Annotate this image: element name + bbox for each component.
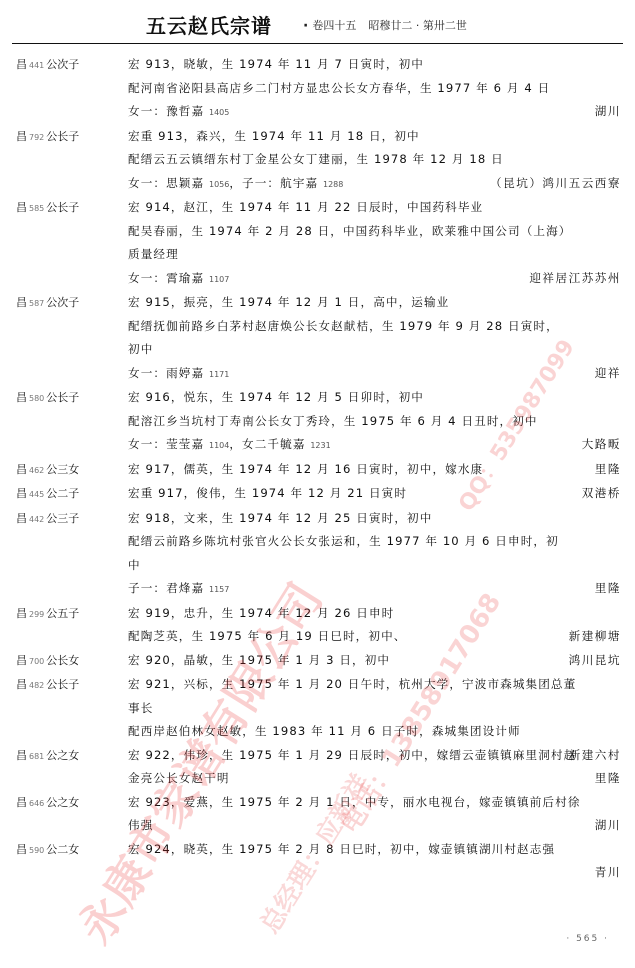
entry-line: 宏 920，晶敏，生 1975 年 1 月 3 日，初中鸿川昆坑	[128, 649, 621, 673]
entry-relation: 公长子	[46, 201, 79, 214]
entry-relation: 公长子	[46, 391, 79, 404]
entry-prefix: 昌	[16, 487, 27, 500]
entry-relation: 公五子	[46, 607, 79, 620]
entry-line: 宏 916，悦东，生 1974 年 12 月 5 日卯时，初中	[128, 386, 621, 410]
entry-parent-ref: 昌646公之女	[0, 791, 128, 838]
entry-parent-number: 580	[29, 394, 44, 403]
entry-parent-ref: 昌585公长子	[0, 196, 128, 291]
entry-ref-number: 1405	[209, 108, 229, 117]
entry-generation-char: 嘉	[191, 104, 204, 118]
entry-prefix: 昌	[16, 391, 27, 404]
entry-line: 宏 915，振亮，生 1974 年 12 月 1 日，高中，运输业	[128, 291, 621, 315]
entry-text: 女一：雨婷	[128, 366, 191, 380]
entry-body: 宏 917，儒英，生 1974 年 12 月 16 日寅时，初中，嫁水康里隆	[128, 458, 635, 483]
entry-residence: 鸿川昆坑	[569, 649, 621, 673]
entry-line: 配缙抚伽前路乡白茅村赵唐焕公长女赵献桔，生 1979 年 9 月 28 日寅时，	[128, 315, 621, 339]
entry-residence: 里隆	[595, 577, 621, 601]
entry-residence: 里隆	[595, 458, 621, 482]
entry-parent-ref: 昌442公三子	[0, 507, 128, 602]
entry-line: 配陶芝英，生 1975 年 6 月 19 日巳时，初中、新建柳塘	[128, 625, 621, 649]
entry-text: 女一：霄瑜	[128, 271, 191, 285]
entry-generation-char: 嘉	[191, 271, 204, 285]
entry-relation: 公之女	[46, 749, 79, 762]
entry-text: 配溶江乡当坑村丁寿南公长女丁秀玲，生 1975 年 6 月 4 日丑时，初中	[128, 414, 538, 428]
entry-line: 宏重 917，俊伟，生 1974 年 12 月 21 日寅时双港桥	[128, 482, 621, 506]
entry-relation: 公三子	[46, 512, 79, 525]
entry-text: 宏 917，儒英，生 1974 年 12 月 16 日寅时，初中，嫁水康	[128, 462, 483, 476]
entry-prefix: 昌	[16, 463, 27, 476]
entry-generation-char: 嘉	[191, 176, 204, 190]
entry-body: 宏 918，文来，生 1974 年 12 月 25 日寅时，初中配缙云前路乡陈坑…	[128, 507, 635, 602]
entry-text: 配缙云前路乡陈坑村张官火公长女张运和，生 1977 年 10 月 6 日申时，初	[128, 534, 559, 548]
entry-line: 质量经理	[128, 243, 621, 267]
entry-text: 配缙抚伽前路乡白茅村赵唐焕公长女赵献桔，生 1979 年 9 月 28 日寅时，	[128, 319, 559, 333]
entry-text: 宏 913，晓敏，生 1974 年 11 月 7 日寅时，初中	[128, 57, 424, 71]
entry-text: 宏 915，振亮，生 1974 年 12 月 1 日，高中，运输业	[128, 295, 449, 309]
entry-text: 宏重 917，俊伟，生 1974 年 12 月 21 日寅时	[128, 486, 407, 500]
entry-text: 金亮公长女赵干明	[128, 771, 230, 785]
entry-body: 宏重 913，森兴，生 1974 年 11 月 18 日，初中配缙云五云镇缙东村…	[128, 125, 635, 197]
entry-line: 事长	[128, 697, 621, 721]
entry-text: 质量经理	[128, 247, 179, 261]
page-number-value: 565	[576, 934, 599, 944]
separator-dot-2: ·	[412, 19, 423, 32]
entry-text: 配陶芝英，生 1975 年 6 月 19 日巳时，初中、	[128, 629, 406, 643]
genealogy-entry: 昌646公之女宏 923，爱燕，生 1975 年 2 月 1 日，中专，丽水电视…	[0, 791, 635, 838]
entry-line: 金亮公长女赵干明里隆	[128, 767, 621, 791]
entry-parent-number: 441	[29, 61, 44, 70]
entry-text: 宏 916，悦东，生 1974 年 12 月 5 日卯时，初中	[128, 390, 424, 404]
header-subtitle: ·卷四十五昭穆廿二 · 第卅二世	[303, 17, 467, 33]
entry-text: 事长	[128, 701, 153, 715]
entry-line: 子一：君烽嘉 1157里隆	[128, 577, 621, 602]
genealogy-entry: 昌681公之女宏 922，伟珍，生 1975 年 1 月 29 日辰时，初中，嫁…	[0, 744, 635, 791]
entry-generation-char: 嘉	[191, 366, 204, 380]
entry-text-tail: ，子一：航宇嘉	[229, 176, 318, 190]
page-header: 五云赵氏宗谱 ·卷四十五昭穆廿二 · 第卅二世	[0, 0, 635, 42]
entry-line: 配吴春丽，生 1974 年 2 月 28 日，中国药科毕业，欧莱雅中国公司（上海…	[128, 220, 621, 244]
entry-body: 宏重 917，俊伟，生 1974 年 12 月 21 日寅时双港桥	[128, 482, 635, 507]
entry-text: 宏 918，文来，生 1974 年 12 月 25 日寅时，初中	[128, 511, 432, 525]
entry-text: 女一：思颖	[128, 176, 191, 190]
entry-parent-number: 681	[29, 752, 44, 761]
entry-residence: 新建柳塘	[569, 625, 621, 649]
entry-prefix: 昌	[16, 58, 27, 71]
entry-prefix: 昌	[16, 296, 27, 309]
entry-line: 宏 919，忠升，生 1974 年 12 月 26 日申时	[128, 602, 621, 626]
entry-body: 宏 915，振亮，生 1974 年 12 月 1 日，高中，运输业配缙抚伽前路乡…	[128, 291, 635, 386]
entry-text: 配西岸赵伯林女赵敏，生 1983 年 11 月 6 日子时，森城集团设计师	[128, 724, 521, 738]
entry-residence: 青川	[595, 861, 621, 885]
entry-prefix: 昌	[16, 654, 27, 667]
entry-parent-number: 646	[29, 799, 44, 808]
entry-parent-number: 445	[29, 490, 44, 499]
entry-text: 女一：豫哲	[128, 104, 191, 118]
genealogy-entry: 昌587公次子宏 915，振亮，生 1974 年 12 月 1 日，高中，运输业…	[0, 291, 635, 386]
entry-prefix: 昌	[16, 130, 27, 143]
entry-text: 宏 919，忠升，生 1974 年 12 月 26 日申时	[128, 606, 394, 620]
entry-residence: 湖川	[595, 814, 621, 838]
entry-line: 初中	[128, 338, 621, 362]
entry-parent-ref: 昌590公二女	[0, 838, 128, 863]
entry-parent-ref: 昌681公之女	[0, 744, 128, 791]
entry-line: 宏 913，晓敏，生 1974 年 11 月 7 日寅时，初中	[128, 53, 621, 77]
entry-parent-number: 792	[29, 133, 44, 142]
entry-line: 配缙云前路乡陈坑村张官火公长女张运和，生 1977 年 10 月 6 日申时，初	[128, 530, 621, 554]
entry-relation: 公之女	[46, 796, 79, 809]
genealogy-entry: 昌299公五子宏 919，忠升，生 1974 年 12 月 26 日申时配陶芝英…	[0, 602, 635, 649]
entry-text: 宏 920，晶敏，生 1975 年 1 月 3 日，初中	[128, 653, 390, 667]
entry-relation: 公长子	[46, 678, 79, 691]
entry-line: 配西岸赵伯林女赵敏，生 1983 年 11 月 6 日子时，森城集团设计师	[128, 720, 621, 744]
entry-ref-number: 1171	[209, 370, 229, 379]
entry-text: 宏 921，兴标，生 1975 年 1 月 20 日午时，杭州大学，宁波市森城集…	[128, 677, 576, 691]
entry-parent-ref: 昌462公三女	[0, 458, 128, 483]
entry-relation: 公长子	[46, 130, 79, 143]
entry-parent-ref: 昌445公二子	[0, 482, 128, 507]
entry-residence: 迎祥居江苏苏州	[529, 267, 621, 291]
entry-text: 宏 922，伟珍，生 1975 年 1 月 29 日辰时，初中，嫁缙云壶镇镇麻里…	[128, 748, 576, 762]
entry-relation: 公次子	[46, 58, 79, 71]
entry-parent-ref: 昌700公长女	[0, 649, 128, 674]
genealogy-entry: 昌462公三女宏 917，儒英，生 1974 年 12 月 16 日寅时，初中，…	[0, 458, 635, 483]
entry-relation: 公三女	[46, 463, 79, 476]
genealogy-entries: 昌441公次子宏 913，晓敏，生 1974 年 11 月 7 日寅时，初中配河…	[0, 53, 635, 862]
entry-body: 宏 921，兴标，生 1975 年 1 月 20 日午时，杭州大学，宁波市森城集…	[128, 673, 635, 744]
entry-line: 宏 921，兴标，生 1975 年 1 月 20 日午时，杭州大学，宁波市森城集…	[128, 673, 621, 697]
entry-body: 宏 913，晓敏，生 1974 年 11 月 7 日寅时，初中配河南省泌阳县高店…	[128, 53, 635, 125]
entry-residence: 大路畈	[582, 433, 621, 457]
entry-body: 宏 924，晓英，生 1975 年 2 月 8 日巳时，初中，嫁壶镇镇湖川村赵志…	[128, 838, 635, 863]
entry-text: 女一：莹莹	[128, 437, 191, 451]
entry-prefix: 昌	[16, 607, 27, 620]
entry-line: 女一：思颖嘉 1056，子一：航宇嘉 1288（昆坑）鸿川五云西寮	[128, 172, 621, 197]
entry-parent-number: 442	[29, 515, 44, 524]
entry-ref-number-2: 1231	[310, 441, 330, 450]
genealogy-entry: 昌442公三子宏 918，文来，生 1974 年 12 月 25 日寅时，初中配…	[0, 507, 635, 602]
genealogy-entry: 昌700公长女宏 920，晶敏，生 1975 年 1 月 3 日，初中鸿川昆坑	[0, 649, 635, 674]
entry-text: 宏 923，爱燕，生 1975 年 2 月 1 日，中专，丽水电视台，嫁壶镇镇前…	[128, 795, 581, 809]
entry-residence: 双港桥	[582, 482, 621, 506]
entry-residence: 迎祥	[595, 362, 621, 386]
entry-body: 宏 919，忠升，生 1974 年 12 月 26 日申时配陶芝英，生 1975…	[128, 602, 635, 649]
generation-label: 第卅二世	[423, 19, 467, 32]
entry-ref-number: 1157	[209, 585, 229, 594]
entry-relation: 公长女	[46, 654, 79, 667]
entry-parent-number: 482	[29, 681, 44, 690]
entry-line: 宏重 913，森兴，生 1974 年 11 月 18 日，初中	[128, 125, 621, 149]
entry-text: 中	[128, 558, 141, 572]
genealogy-entry: 昌482公长子宏 921，兴标，生 1975 年 1 月 20 日午时，杭州大学…	[0, 673, 635, 744]
branch-label: 昭穆廿二	[368, 19, 412, 32]
entry-line: 宏 914，赵江，生 1974 年 11 月 22 日辰时，中国药科毕业	[128, 196, 621, 220]
entry-line: 配溶江乡当坑村丁寿南公长女丁秀玲，生 1975 年 6 月 4 日丑时，初中	[128, 410, 621, 434]
entry-line: 宏 922，伟珍，生 1975 年 1 月 29 日辰时，初中，嫁缙云壶镇镇麻里…	[128, 744, 621, 768]
genealogy-entry: 昌580公长子宏 916，悦东，生 1974 年 12 月 5 日卯时，初中配溶…	[0, 386, 635, 458]
entry-line: 宏 917，儒英，生 1974 年 12 月 16 日寅时，初中，嫁水康里隆	[128, 458, 621, 482]
entry-parent-ref: 昌482公长子	[0, 673, 128, 744]
entry-parent-ref: 昌580公长子	[0, 386, 128, 458]
entry-parent-ref: 昌441公次子	[0, 53, 128, 125]
genealogy-entry: 昌590公二女宏 924，晓英，生 1975 年 2 月 8 日巳时，初中，嫁壶…	[0, 838, 635, 863]
entry-residence: 湖川	[595, 100, 621, 124]
entry-line: 女一：霄瑜嘉 1107迎祥居江苏苏州	[128, 267, 621, 292]
entry-prefix: 昌	[16, 843, 27, 856]
entry-ref-number: 1056	[209, 180, 229, 189]
entry-relation: 公二女	[46, 843, 79, 856]
entry-text-tail: ，女二千毓嘉	[229, 437, 305, 451]
entry-prefix: 昌	[16, 749, 27, 762]
entry-parent-number: 462	[29, 466, 44, 475]
genealogy-entry: 昌445公二子宏重 917，俊伟，生 1974 年 12 月 21 日寅时双港桥	[0, 482, 635, 507]
book-title: 五云赵氏宗谱	[146, 10, 272, 39]
entry-body: 宏 916，悦东，生 1974 年 12 月 5 日卯时，初中配溶江乡当坑村丁寿…	[128, 386, 635, 458]
entry-line: 伟强湖川	[128, 814, 621, 838]
entry-line: 女一：豫哲嘉 1405湖川	[128, 100, 621, 125]
entry-line: 宏 923，爱燕，生 1975 年 2 月 1 日，中专，丽水电视台，嫁壶镇镇前…	[128, 791, 621, 815]
header-rule	[12, 43, 623, 44]
entry-line: 中	[128, 554, 621, 578]
entry-body: 宏 914，赵江，生 1974 年 11 月 22 日辰时，中国药科毕业配吴春丽…	[128, 196, 635, 291]
entry-text: 配吴春丽，生 1974 年 2 月 28 日，中国药科毕业，欧莱雅中国公司（上海…	[128, 224, 571, 238]
entry-body: 宏 922，伟珍，生 1975 年 1 月 29 日辰时，初中，嫁缙云壶镇镇麻里…	[128, 744, 635, 791]
volume-label: 卷四十五	[312, 19, 356, 32]
entry-relation: 公次子	[46, 296, 79, 309]
entry-prefix: 昌	[16, 512, 27, 525]
entry-line: 配河南省泌阳县高店乡二门村方显忠公长女方春华，生 1977 年 6 月 4 日	[128, 77, 621, 101]
entry-ref-number-2: 1288	[323, 180, 343, 189]
entry-parent-number: 299	[29, 610, 44, 619]
entry-parent-number: 587	[29, 299, 44, 308]
entry-ref-number: 1107	[209, 275, 229, 284]
entry-text: 配缙云五云镇缙东村丁金星公女丁建丽，生 1978 年 12 月 18 日	[128, 152, 504, 166]
entry-text: 宏 924，晓英，生 1975 年 2 月 8 日巳时，初中，嫁壶镇镇湖川村赵志…	[128, 842, 555, 856]
entry-ref-number: 1104	[209, 441, 229, 450]
entry-residence: （昆坑）鸿川五云西寮	[490, 172, 621, 196]
entry-parent-ref: 昌299公五子	[0, 602, 128, 649]
entry-residence: 里隆	[595, 767, 621, 791]
entry-text: 配河南省泌阳县高店乡二门村方显忠公长女方春华，生 1977 年 6 月 4 日	[128, 81, 550, 95]
page-number: · 565 ·	[566, 934, 609, 944]
entry-parent-ref: 昌792公长子	[0, 125, 128, 197]
entry-line: 女一：雨婷嘉 1171迎祥	[128, 362, 621, 387]
separator-dot: ·	[303, 18, 308, 34]
genealogy-entry: 昌441公次子宏 913，晓敏，生 1974 年 11 月 7 日寅时，初中配河…	[0, 53, 635, 125]
entry-body: 宏 923，爱燕，生 1975 年 2 月 1 日，中专，丽水电视台，嫁壶镇镇前…	[128, 791, 635, 838]
entry-prefix: 昌	[16, 678, 27, 691]
entry-text: 伟强	[128, 818, 153, 832]
entry-line: 配缙云五云镇缙东村丁金星公女丁建丽，生 1978 年 12 月 18 日	[128, 148, 621, 172]
entry-parent-number: 700	[29, 657, 44, 666]
entry-parent-ref: 昌587公次子	[0, 291, 128, 386]
entry-generation-char: 嘉	[191, 581, 204, 595]
genealogy-entry: 昌792公长子宏重 913，森兴，生 1974 年 11 月 18 日，初中配缙…	[0, 125, 635, 197]
entry-text: 子一：君烽	[128, 581, 191, 595]
entry-line: 女一：莹莹嘉 1104，女二千毓嘉 1231大路畈	[128, 433, 621, 458]
entry-line: 宏 918，文来，生 1974 年 12 月 25 日寅时，初中	[128, 507, 621, 531]
entry-parent-number: 590	[29, 846, 44, 855]
entry-text: 初中	[128, 342, 153, 356]
entry-text: 宏 914，赵江，生 1974 年 11 月 22 日辰时，中国药科毕业	[128, 200, 483, 214]
entry-parent-number: 585	[29, 204, 44, 213]
entry-prefix: 昌	[16, 796, 27, 809]
entry-body: 宏 920，晶敏，生 1975 年 1 月 3 日，初中鸿川昆坑	[128, 649, 635, 674]
entry-prefix: 昌	[16, 201, 27, 214]
genealogy-entry: 昌585公长子宏 914，赵江，生 1974 年 11 月 22 日辰时，中国药…	[0, 196, 635, 291]
entry-line: 宏 924，晓英，生 1975 年 2 月 8 日巳时，初中，嫁壶镇镇湖川村赵志…	[128, 838, 621, 862]
entry-generation-char: 嘉	[191, 437, 204, 451]
entry-relation: 公二子	[46, 487, 79, 500]
entry-text: 宏重 913，森兴，生 1974 年 11 月 18 日，初中	[128, 129, 420, 143]
